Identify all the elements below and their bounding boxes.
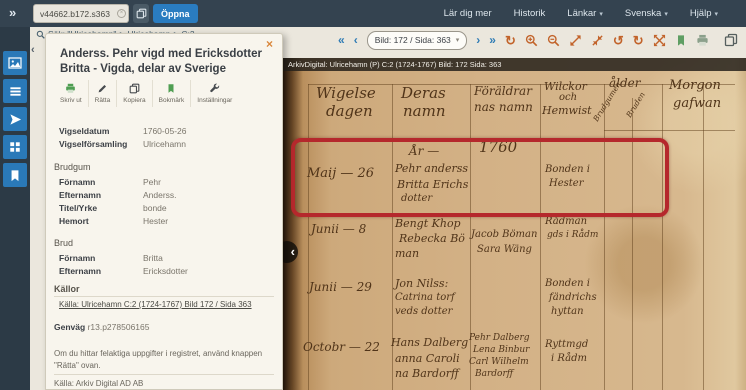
action-label: Inställningar bbox=[197, 97, 232, 104]
panel-collapse-chevron[interactable]: ‹ bbox=[31, 44, 35, 56]
field-value: Britta bbox=[143, 253, 163, 263]
shortcut-label: Genväg bbox=[54, 322, 85, 332]
record-actions: Skriv ut Rätta Kopiera Bokmärk bbox=[54, 80, 254, 107]
manuscript-text: namn bbox=[403, 102, 446, 120]
open-button[interactable]: Öppna bbox=[153, 4, 198, 23]
menu-lankar[interactable]: Länkar▾ bbox=[567, 8, 603, 19]
resize-smaller-icon[interactable] bbox=[591, 34, 604, 47]
image-icon bbox=[8, 56, 22, 70]
manuscript-text: Junii — 29 bbox=[309, 280, 372, 294]
manuscript-text: Pehr Dalberg bbox=[469, 333, 530, 343]
field-label: Vigselförsamling bbox=[59, 139, 127, 149]
grid-icon bbox=[9, 141, 21, 153]
navigation-arrow-icon bbox=[9, 113, 22, 126]
pencil-icon bbox=[97, 83, 108, 94]
menu-hjalp[interactable]: Hjälp▾ bbox=[690, 8, 718, 19]
highlight-box bbox=[291, 138, 669, 217]
manuscript-text: och bbox=[559, 92, 577, 103]
manuscript-text: dagen bbox=[326, 102, 373, 120]
manuscript-text: Bardorff bbox=[475, 369, 513, 379]
field-row: Hemort Hester bbox=[46, 216, 284, 229]
manuscript-text: Junii — 8 bbox=[311, 222, 366, 236]
previous-page-chevron[interactable]: ‹ bbox=[283, 241, 298, 263]
manuscript-text: gds i Rådm bbox=[547, 230, 598, 240]
section-bride: Brud bbox=[54, 238, 73, 248]
field-value: Hester bbox=[143, 216, 168, 226]
copy-icon bbox=[136, 8, 147, 19]
manuscript-text: Morgon bbox=[669, 78, 721, 93]
clear-input-icon[interactable]: × bbox=[117, 9, 126, 18]
bookmark-button[interactable]: Bokmärk bbox=[153, 80, 192, 107]
copy-icon bbox=[129, 83, 140, 94]
field-row: Förnamn Britta bbox=[46, 253, 284, 266]
manuscript-text: Jon Nilss: bbox=[395, 277, 448, 290]
field-row: Förnamn Pehr bbox=[46, 177, 284, 190]
field-label: Hemort bbox=[59, 216, 89, 226]
divider bbox=[54, 374, 274, 375]
manuscript-text: Rådman bbox=[545, 216, 587, 227]
action-label: Rätta bbox=[95, 97, 111, 104]
top-bar: » × Öppna Lär dig mer Historik Länkar▾ S… bbox=[0, 0, 746, 27]
manuscript-viewer[interactable]: ArkivDigital: Ulricehamn (P) C:2 (1724-1… bbox=[283, 58, 746, 390]
action-label: Bokmärk bbox=[159, 97, 185, 104]
page-select-label: Bild: 172 / Sida: 363 bbox=[375, 35, 451, 45]
app-window: » × Öppna Lär dig mer Historik Länkar▾ S… bbox=[0, 0, 746, 390]
manuscript-text: Sara Wäng bbox=[477, 244, 532, 255]
field-row: Vigseldatum 1760-05-26 bbox=[46, 126, 284, 139]
wrench-icon bbox=[209, 83, 220, 94]
manuscript-text: hyttan bbox=[551, 306, 584, 317]
rail-menu-button[interactable] bbox=[3, 79, 27, 103]
icon-rail bbox=[0, 27, 30, 390]
rail-bookmark-button[interactable] bbox=[3, 163, 27, 187]
shortcut-row: Genväg r13.p278506165 bbox=[54, 322, 149, 332]
manuscript-text: Hemwist bbox=[542, 104, 592, 117]
field-value: Ericksdotter bbox=[143, 266, 188, 276]
bookmark-icon bbox=[166, 83, 176, 94]
manuscript-text: Deras bbox=[401, 84, 446, 102]
record-id-input[interactable] bbox=[33, 4, 129, 23]
field-label: Efternamn bbox=[59, 266, 101, 276]
manuscript-text: Jacob Böman bbox=[471, 229, 537, 240]
rotate-right-icon[interactable]: ↻ bbox=[633, 34, 644, 47]
print-icon[interactable] bbox=[696, 34, 709, 47]
chevron-down-icon: ▾ bbox=[599, 11, 603, 18]
viewer-header: ArkivDigital: Ulricehamn (P) C:2 (1724-1… bbox=[283, 58, 746, 71]
manuscript-text: Ryttmgd bbox=[545, 339, 588, 350]
bookmark-icon bbox=[9, 169, 21, 182]
last-image-button[interactable]: » bbox=[489, 34, 496, 46]
field-value: bonde bbox=[143, 203, 167, 213]
menu-historik[interactable]: Historik bbox=[514, 8, 546, 19]
rail-navigate-button[interactable] bbox=[3, 107, 27, 131]
field-label: Vigseldatum bbox=[59, 126, 109, 136]
manuscript-text: man bbox=[395, 247, 419, 260]
zoom-out-icon[interactable] bbox=[547, 34, 560, 47]
shortcut-value: r13.p278506165 bbox=[88, 322, 150, 332]
search-icon bbox=[36, 30, 45, 39]
field-row: Vigselförsamling Ulricehamn bbox=[46, 139, 284, 152]
fullscreen-icon[interactable] bbox=[653, 34, 666, 47]
correction-note: Om du hittar felaktiga uppgifter i regis… bbox=[54, 348, 266, 371]
menu-svenska[interactable]: Svenska▾ bbox=[625, 8, 668, 19]
manuscript-text: veds dotter bbox=[395, 306, 452, 317]
field-label: Efternamn bbox=[59, 190, 101, 200]
paste-button[interactable] bbox=[133, 4, 149, 23]
record-title: Anderss. Pehr vigd med Ericksdotter Brit… bbox=[60, 47, 268, 77]
settings-button[interactable]: Inställningar bbox=[191, 80, 238, 107]
menu-icon bbox=[9, 85, 22, 98]
manuscript-text: Wigelse bbox=[316, 84, 376, 102]
refresh-icon[interactable]: ↻ bbox=[505, 34, 516, 47]
table-rule bbox=[540, 84, 541, 390]
action-label: Skriv ut bbox=[60, 97, 82, 104]
copy-record-icon[interactable] bbox=[724, 33, 738, 47]
print-button[interactable]: Skriv ut bbox=[54, 80, 89, 107]
rotate-left-icon[interactable]: ↺ bbox=[613, 34, 624, 47]
chevron-down-icon: ▾ bbox=[664, 11, 668, 18]
zoom-in-icon[interactable] bbox=[525, 34, 538, 47]
field-row: Efternamn Ericksdotter bbox=[46, 266, 284, 279]
chevron-down-icon: ▾ bbox=[456, 36, 460, 44]
sidebar-expand-icon[interactable]: » bbox=[9, 5, 16, 20]
field-label: Förnamn bbox=[59, 253, 95, 263]
manuscript-text: i Rådm bbox=[551, 353, 587, 364]
manuscript-text: Bonden i bbox=[545, 278, 590, 289]
next-image-button[interactable]: › bbox=[476, 34, 480, 46]
chevron-down-icon: ▾ bbox=[714, 11, 718, 18]
manuscript-text: Föräldrar bbox=[474, 84, 532, 98]
field-value: 1760-05-26 bbox=[143, 126, 186, 136]
viewer-toolbar: « ‹ Bild: 172 / Sida: 363 ▾ › » ↻ bbox=[338, 26, 746, 54]
bookmark-icon[interactable] bbox=[675, 34, 687, 47]
manuscript-text: Brudgumen bbox=[591, 80, 622, 123]
manuscript-text: Octobr — 22 bbox=[303, 340, 380, 354]
source-footer: Källa: Arkiv Digital AD AB bbox=[54, 379, 143, 388]
manuscript-text: na Bardorff bbox=[395, 367, 459, 380]
field-label: Titel/Yrke bbox=[59, 203, 97, 213]
record-panel: × Anderss. Pehr vigd med Ericksdotter Br… bbox=[45, 33, 283, 390]
source-link[interactable]: Källa: Ulricehamn C:2 (1724-1767) Bild 1… bbox=[59, 300, 252, 309]
manuscript-text: gafwan bbox=[673, 96, 721, 111]
section-sources: Källor bbox=[54, 284, 80, 294]
first-image-button[interactable]: « bbox=[338, 34, 345, 46]
manuscript-text: fändrichs bbox=[549, 292, 597, 303]
manuscript-text: Catrina torf bbox=[395, 292, 455, 303]
field-row: Efternamn Anderss. bbox=[46, 190, 284, 203]
field-row: Titel/Yrke bonde bbox=[46, 203, 284, 216]
print-icon bbox=[65, 83, 76, 94]
copy-button[interactable]: Kopiera bbox=[117, 80, 152, 107]
manuscript-text: Bruden bbox=[624, 90, 646, 119]
manuscript-text: Rebecka Bö bbox=[399, 232, 465, 245]
field-label: Förnamn bbox=[59, 177, 95, 187]
page-select-dropdown[interactable]: Bild: 172 / Sida: 363 ▾ bbox=[367, 31, 468, 50]
correct-button[interactable]: Rätta bbox=[89, 80, 118, 107]
action-label: Kopiera bbox=[123, 97, 145, 104]
prev-image-button[interactable]: ‹ bbox=[354, 34, 358, 46]
manuscript-text: Lena Binbur bbox=[473, 345, 529, 355]
rail-grid-button[interactable] bbox=[3, 135, 27, 159]
field-value: Anderss. bbox=[143, 190, 177, 200]
top-menu: Lär dig mer Historik Länkar▾ Svenska▾ Hj… bbox=[444, 0, 718, 27]
field-value: Ulricehamn bbox=[143, 139, 186, 149]
manuscript-text: nas namn bbox=[474, 100, 533, 114]
field-value: Pehr bbox=[143, 177, 161, 187]
divider bbox=[54, 296, 274, 297]
manuscript-text: Bengt Khop bbox=[395, 217, 461, 230]
table-rule bbox=[604, 130, 735, 131]
rail-image-button[interactable] bbox=[3, 51, 27, 75]
manuscript-text: Carl Wilhelm bbox=[469, 357, 529, 367]
manuscript-text: anna Caroli bbox=[395, 352, 460, 365]
resize-larger-icon[interactable] bbox=[569, 34, 582, 47]
manuscript-text: Hans Dalberg bbox=[391, 336, 468, 349]
section-groom: Brudgum bbox=[54, 162, 91, 172]
menu-lar-dig-mer[interactable]: Lär dig mer bbox=[444, 8, 492, 19]
